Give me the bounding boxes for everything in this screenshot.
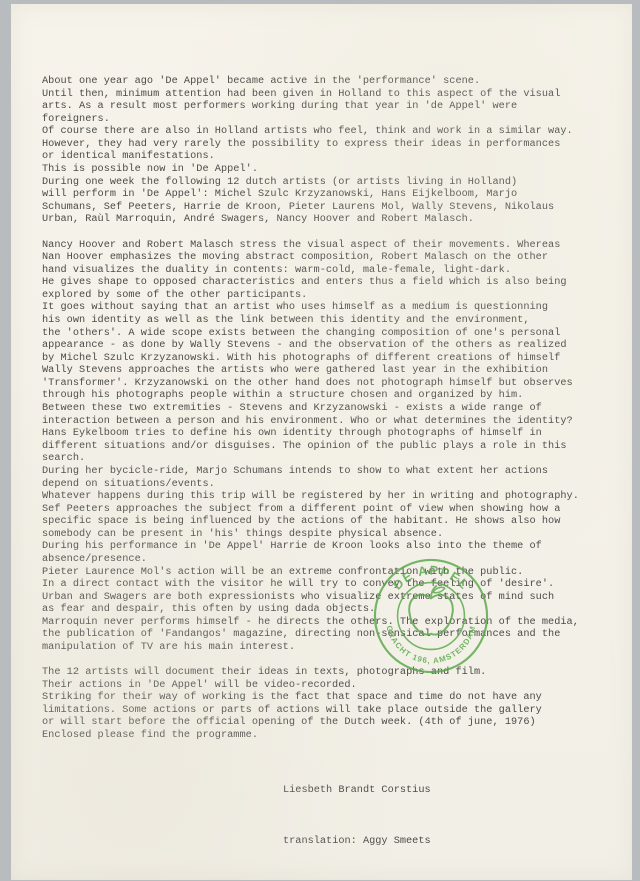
text-line: Nancy Hoover and Robert Malasch stress t…	[42, 239, 640, 252]
text-line: During his performance in 'De Appel' Har…	[42, 540, 640, 553]
text-line: depend on situations/events.	[42, 478, 640, 491]
text-line: through his photographs people within a …	[42, 389, 640, 402]
text-line: Marroquin never performs himself - he di…	[42, 616, 640, 629]
text-line: interaction between a person and his env…	[42, 415, 640, 428]
text-line: Until then, minimum attention had been g…	[42, 88, 640, 101]
paragraph-gap	[42, 226, 640, 239]
text-line: Whatever happens during this trip will b…	[42, 490, 640, 503]
text-line: Schumans, Sef Peeters, Harrie de Kroon, …	[42, 201, 640, 214]
paragraph-gap	[42, 654, 640, 667]
text-line: somebody can be present in 'his' things …	[42, 528, 640, 541]
text-line: About one year ago 'De Appel' became act…	[42, 75, 640, 88]
text-line: Enclosed please find the programme.	[42, 729, 640, 742]
text-line: or identical manifestations.	[42, 150, 640, 163]
de-appel-stamp: DE APPEL GRACHT 196, AMSTERDAM	[372, 557, 490, 675]
text-line: by Michel Szulc Krzyzanowski. With his p…	[42, 352, 640, 365]
svg-text:GRACHT 196, AMSTERDAM: GRACHT 196, AMSTERDAM	[384, 625, 477, 666]
text-line: hand visualizes the duality in contents:…	[42, 264, 640, 277]
translator-credit: translation: Aggy Smeets	[283, 833, 431, 850]
text-line: However, they had very rarely the possib…	[42, 138, 640, 151]
text-line: search.	[42, 452, 640, 465]
text-line: Between these two extremities - Stevens …	[42, 402, 640, 415]
author-name: Liesbeth Brandt Corstius	[283, 782, 431, 799]
text-line: Of course there are also in Holland arti…	[42, 125, 640, 138]
text-line: different situations and/or disguises. T…	[42, 440, 640, 453]
text-line: Pieter Laurence Mol's action will be an …	[42, 566, 640, 579]
text-line: In a direct contact with the visitor he …	[42, 578, 640, 591]
text-line: Striking for their way of working is the…	[42, 691, 640, 704]
text-line: The 12 artists will document their ideas…	[42, 666, 640, 679]
text-line: He gives shape to opposed characteristic…	[42, 276, 640, 289]
text-line: Sef Peeters approaches the subject from …	[42, 503, 640, 516]
text-line: the publication of 'Fandangos' magazine,…	[42, 628, 640, 641]
text-line: manipulation of TV are his main interest…	[42, 641, 640, 654]
text-line: arts. As a result most performers workin…	[42, 100, 640, 113]
text-line: It goes without saying that an artist wh…	[42, 301, 640, 314]
text-line: will perform in 'De Appel': Michel Szulc…	[42, 188, 640, 201]
text-line: as fear and despair, this often by using…	[42, 603, 640, 616]
document-page: About one year ago 'De Appel' became act…	[11, 4, 632, 880]
signature-block: Liesbeth Brandt Corstius translation: Ag…	[283, 748, 431, 881]
text-line: foreigners.	[42, 113, 640, 126]
text-line: appearance - as done by Wally Stevens - …	[42, 339, 640, 352]
text-line: 'Transformer'. Krzyzanowski on the other…	[42, 377, 640, 390]
text-line: specific space is being influenced by th…	[42, 515, 640, 528]
text-line: limitations. Some actions or parts of ac…	[42, 704, 640, 717]
text-line: During one week the following 12 dutch a…	[42, 176, 640, 189]
text-line: Wally Stevens approaches the artists who…	[42, 364, 640, 377]
apple-icon	[409, 586, 453, 635]
text-line: his own identity as well as the link bet…	[42, 314, 640, 327]
text-line: or will start before the official openin…	[42, 716, 640, 729]
typed-text-body: About one year ago 'De Appel' became act…	[42, 75, 640, 742]
text-line: Hans Eykelboom tries to define his own i…	[42, 427, 640, 440]
text-line: Their actions in 'De Appel' will be vide…	[42, 679, 640, 692]
text-line: explored by some of the other participan…	[42, 289, 640, 302]
text-line: During her bycicle-ride, Marjo Schumans …	[42, 465, 640, 478]
text-line: This is possible now in 'De Appel'.	[42, 163, 640, 176]
text-line: absence/presence.	[42, 553, 640, 566]
text-line: Urban and Swagers are both expressionist…	[42, 591, 640, 604]
text-line: the 'others'. A wide scope exists betwee…	[42, 327, 640, 340]
text-line: Nan Hoover emphasizes the moving abstrac…	[42, 251, 640, 264]
text-line: Urban, Raùl Marroquin, André Swagers, Na…	[42, 213, 640, 226]
